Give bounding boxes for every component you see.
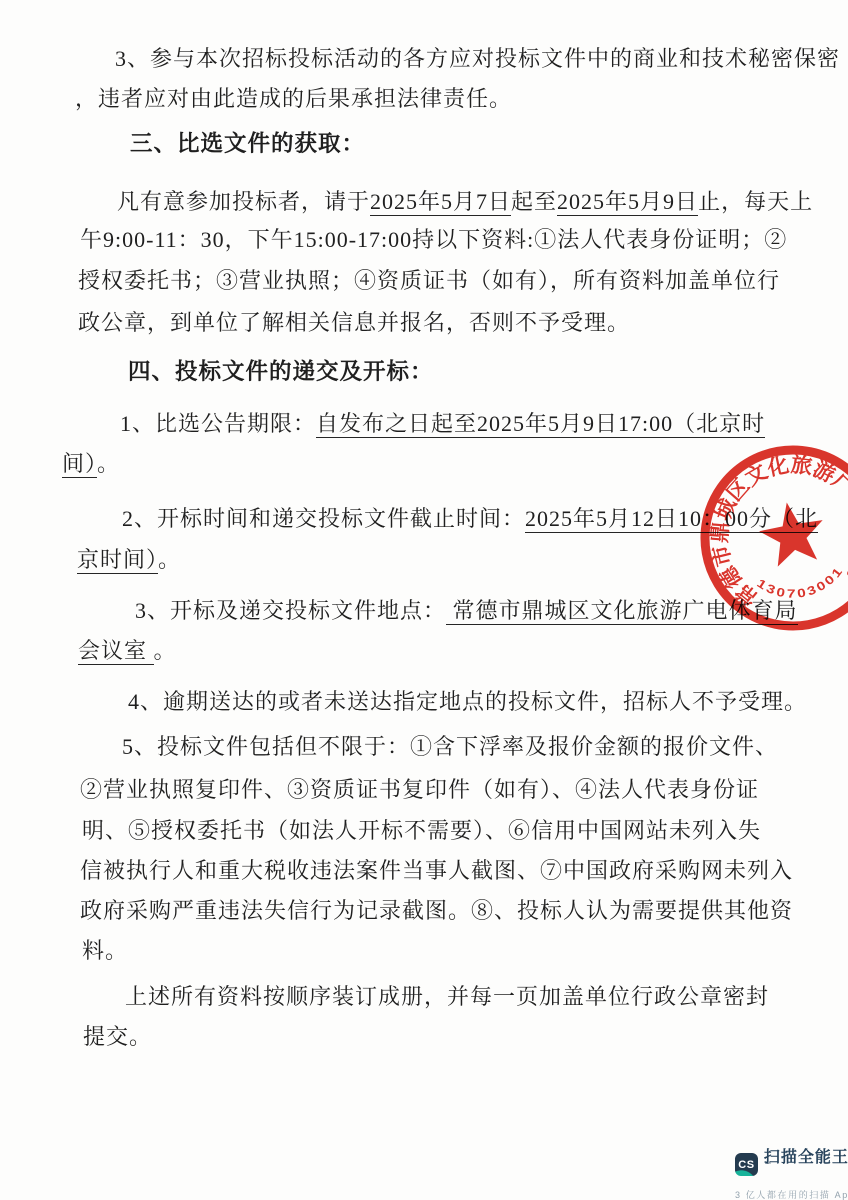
text-segment: 4、逾期送达的或者未送达指定地点的投标文件，招标人不予受理。 bbox=[128, 689, 807, 714]
seal-star-icon bbox=[755, 497, 829, 569]
text-line: 授权委托书；③营业执照；④资质证书（如有），所有资料加盖单位行 bbox=[78, 267, 780, 294]
text-line: 信被执行人和重大税收违法案件当事人截图、⑦中国政府采购网未列入 bbox=[80, 857, 793, 884]
text-segment: 。 bbox=[154, 638, 177, 663]
watermark-title: 扫描全能王 bbox=[764, 1149, 848, 1166]
text-segment: 政公章，到单位了解相关信息并报名，否则不予受理。 bbox=[78, 310, 630, 335]
camscanner-logo-icon: CS bbox=[735, 1153, 758, 1176]
text-line: ②营业执照复印件、③资质证书复印件（如有）、④法人代表身份证 bbox=[80, 776, 759, 803]
camscanner-watermark: CS 扫描全能王™ 3 亿人都在用的扫描 App bbox=[735, 1144, 848, 1200]
text-segment: 。 bbox=[97, 451, 120, 476]
underlined-text-segment: 京时间） bbox=[77, 547, 158, 574]
watermark-brand-row: CS 扫描全能王™ bbox=[735, 1144, 848, 1185]
text-segment: 5、投标文件包括但不限于：①含下浮率及报价金额的报价文件、 bbox=[122, 734, 778, 759]
text-line: 间）。 bbox=[62, 450, 120, 477]
underlined-text-segment: 间） bbox=[62, 451, 97, 478]
underlined-text-segment: 会议室 bbox=[78, 638, 154, 665]
text-segment: 提交。 bbox=[83, 1024, 152, 1049]
text-segment: 3、参与本次招标投标活动的各方应对投标文件中的商业和技术秘密保密 bbox=[115, 46, 840, 71]
text-line: 4、逾期送达的或者未送达指定地点的投标文件，招标人不予受理。 bbox=[128, 688, 807, 715]
text-line: 京时间）。 bbox=[77, 546, 181, 573]
text-segment: 3、开标及递交投标文件地点： bbox=[135, 598, 446, 623]
text-segment: 四、投标文件的递交及开标： bbox=[128, 359, 434, 384]
scanned-document-page: 3、参与本次招标投标活动的各方应对投标文件中的商业和技术秘密保密，违者应对由此造… bbox=[0, 0, 848, 1200]
text-line: 政府采购严重违法失信行为记录截图。⑧、投标人认为需要提供其他资 bbox=[80, 897, 793, 924]
official-seal-stamp: 常德市鼎城区文化旅游广电体育局 130703001 bbox=[637, 382, 848, 695]
text-segment: 1、比选公告期限： bbox=[120, 411, 316, 436]
underlined-text-segment: 2025年5月7日 bbox=[370, 189, 511, 216]
seal-serial-number: 130703001 bbox=[753, 561, 848, 608]
text-segment: ②营业执照复印件、③资质证书复印件（如有）、④法人代表身份证 bbox=[80, 777, 759, 802]
text-line: ，违者应对由此造成的后果承担法律责任。 bbox=[75, 85, 512, 112]
text-line: 提交。 bbox=[83, 1023, 152, 1050]
trademark-mark: ™ bbox=[764, 1161, 771, 1168]
watermark-subtitle: 3 亿人都在用的扫描 App bbox=[735, 1188, 848, 1200]
text-line: 政公章，到单位了解相关信息并报名，否则不予受理。 bbox=[78, 309, 630, 336]
text-segment: 午9:00-11：30，下午15:00-17:00持以下资料:①法人代表身份证明… bbox=[80, 227, 787, 252]
text-segment: 授权委托书；③营业执照；④资质证书（如有），所有资料加盖单位行 bbox=[78, 268, 780, 293]
text-segment: 止，每天上 bbox=[698, 189, 813, 214]
text-segment: ，违者应对由此造成的后果承担法律责任。 bbox=[75, 86, 512, 111]
text-line: 会议室 。 bbox=[78, 637, 177, 664]
text-segment: 明、⑤授权委托书（如法人开标不需要）、⑥信用中国网站未列入失 bbox=[82, 818, 761, 843]
section-heading-line: 三、比选文件的获取： bbox=[130, 130, 365, 157]
text-segment: 。 bbox=[158, 547, 181, 572]
text-segment: 信被执行人和重大税收违法案件当事人截图、⑦中国政府采购网未列入 bbox=[80, 858, 793, 883]
text-segment: 三、比选文件的获取： bbox=[130, 131, 365, 156]
text-line: 料。 bbox=[82, 937, 128, 964]
text-line: 上述所有资料按顺序装订成册，并每一页加盖单位行政公章密封 bbox=[125, 983, 769, 1010]
text-segment: 2、开标时间和递交投标文件截止时间： bbox=[122, 506, 525, 531]
text-line: 午9:00-11：30，下午15:00-17:00持以下资料:①法人代表身份证明… bbox=[80, 226, 787, 253]
text-segment: 政府采购严重违法失信行为记录截图。⑧、投标人认为需要提供其他资 bbox=[80, 898, 793, 923]
text-line: 明、⑤授权委托书（如法人开标不需要）、⑥信用中国网站未列入失 bbox=[82, 817, 761, 844]
text-segment: 料。 bbox=[82, 938, 128, 963]
text-segment: 上述所有资料按顺序装订成册，并每一页加盖单位行政公章密封 bbox=[125, 984, 769, 1009]
text-line: 3、参与本次招标投标活动的各方应对投标文件中的商业和技术秘密保密 bbox=[115, 45, 840, 72]
text-segment: 凡有意参加投标者，请于 bbox=[117, 189, 370, 214]
text-line: 凡有意参加投标者，请于2025年5月7日起至2025年5月9日止，每天上 bbox=[117, 188, 813, 215]
text-line: 5、投标文件包括但不限于：①含下浮率及报价金额的报价文件、 bbox=[122, 733, 778, 760]
text-segment: 起至 bbox=[511, 189, 557, 214]
underlined-text-segment: 2025年5月9日 bbox=[557, 189, 698, 216]
section-heading-line: 四、投标文件的递交及开标： bbox=[128, 358, 434, 385]
